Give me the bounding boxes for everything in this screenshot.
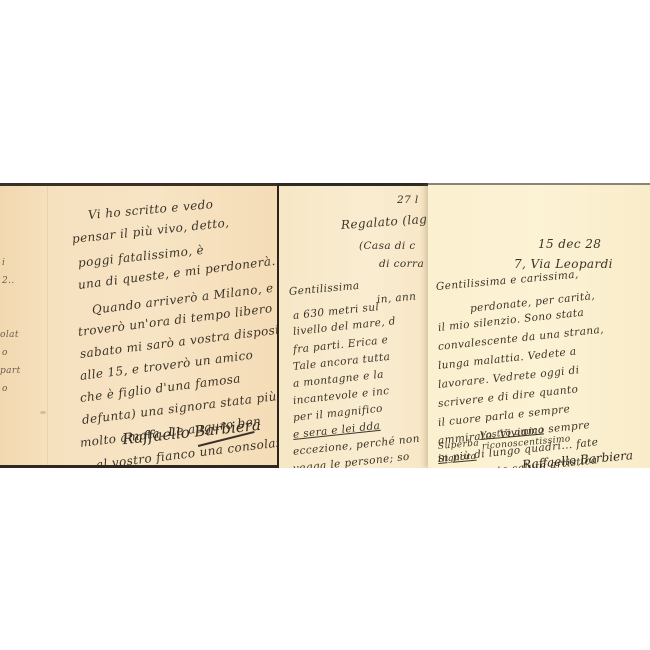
paper-stain [40, 411, 46, 414]
margin-fragment: i [2, 258, 5, 268]
letter-salutation: Gentilissima e carissima, [435, 269, 579, 293]
letter-date: 27 l [397, 194, 419, 206]
letter-salutation: Gentilissima [288, 280, 360, 298]
letter-sheet-middle: 27 l Regalato (lag (Casa di c di corra G… [277, 183, 432, 468]
paper-fold [47, 186, 49, 465]
letter-heading: (Casa di c [359, 240, 416, 252]
letter-heading: Regalato (lag [341, 212, 428, 232]
letter-line: in, ann [376, 291, 416, 306]
margin-fragment: 2.. [2, 276, 15, 286]
letter-date: 15 dec 28 [538, 237, 601, 251]
margin-fragment: part [0, 366, 21, 376]
margin-fragment: o [2, 384, 8, 394]
margin-fragment: o [2, 348, 8, 358]
margin-fragment: olat [0, 330, 19, 340]
letter-heading: di corra [379, 258, 424, 270]
letters-photo: i 2.. olat o part o Vi ho scritto e vedo… [0, 183, 650, 468]
